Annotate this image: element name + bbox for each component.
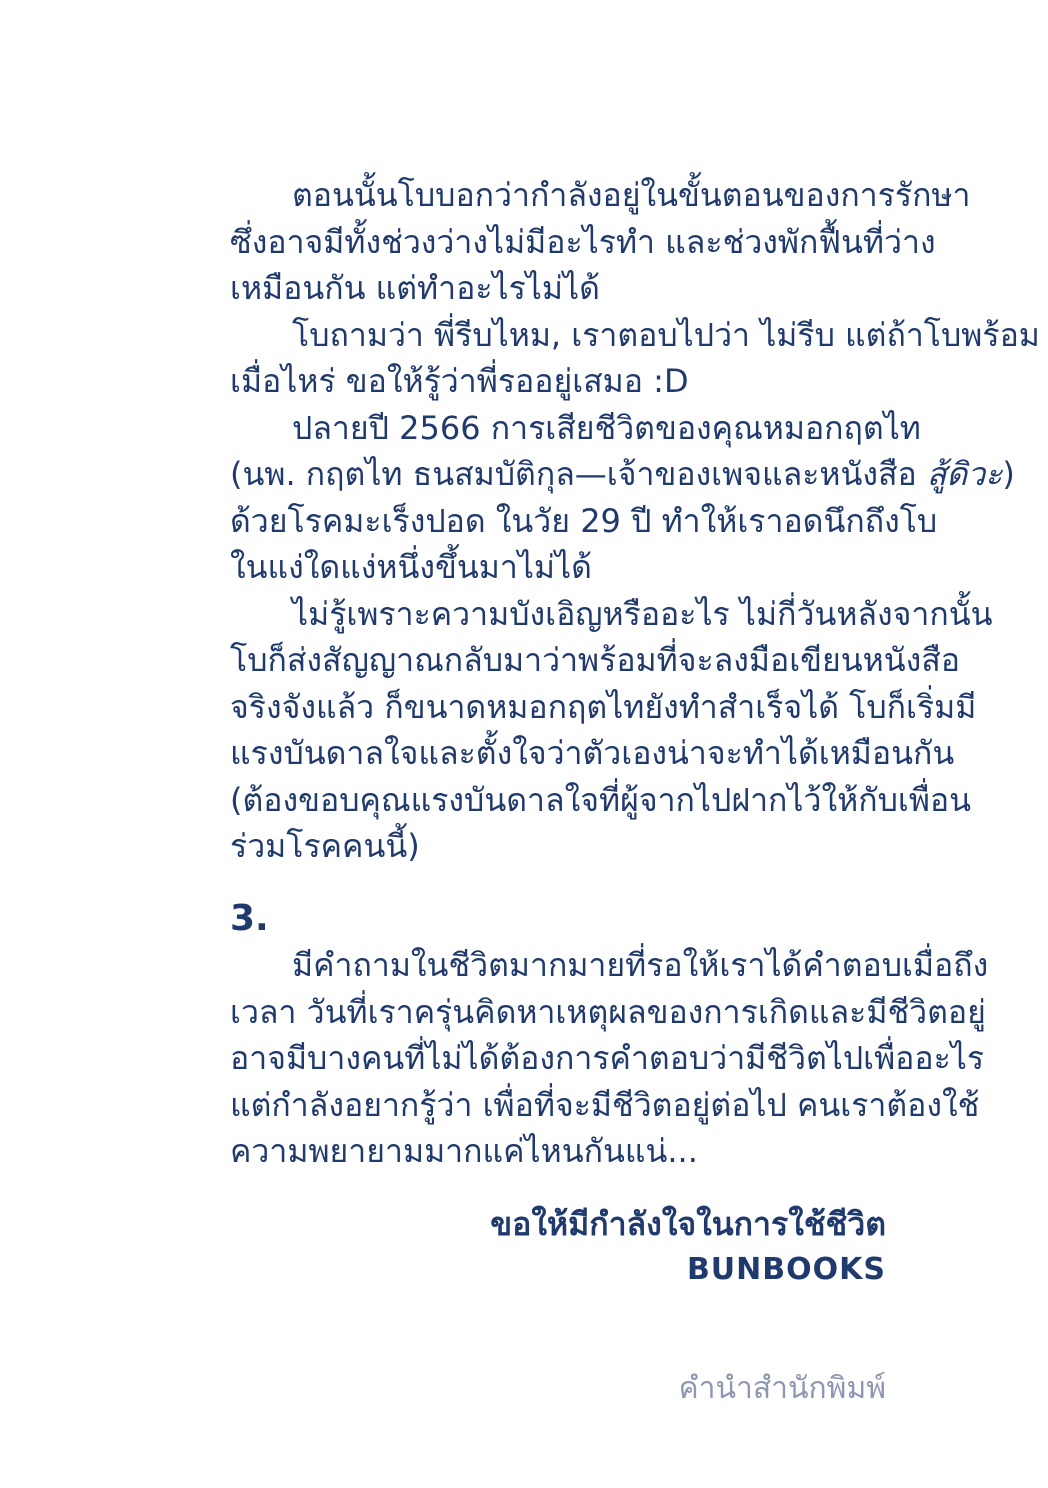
section-number-heading: 3. [230,896,886,943]
closing-wish-line: ขอให้มีกำลังใจในการใช้ชีวิต [230,1201,886,1248]
footer-preface-label: คำนำสำนักพิมพ์ [230,1366,886,1413]
body-line: (นพ. กฤตไท ธนสมบัติกุล—เจ้าของเพจและหนัง… [230,451,886,498]
body-line: ด้วยโรคมะเร็งปอด ในวัย 29 ปี ทำให้เราอดน… [230,498,886,545]
body-line: แต่กำลังอยากรู้ว่า เพื่อที่จะมีชีวิตอยู่… [230,1082,886,1129]
body-line: ซึ่งอาจมีทั้งช่วงว่างไม่มีอะไรทำ และช่วง… [230,219,886,266]
body-line: แรงบันดาลใจและตั้งใจว่าตัวเองน่าจะทำได้เ… [230,730,886,777]
book-title-italic: สู้ดิวะ [927,455,1002,493]
paragraph-4: ไม่รู้เพราะความบังเอิญหรืออะไร ไม่กี่วัน… [230,591,886,870]
paragraph-3: ปลายปี 2566 การเสียชีวิตของคุณหมอกฤตไท (… [230,405,886,591]
body-line: อาจมีบางคนที่ไม่ได้ต้องการคำตอบว่ามีชีวิ… [230,1035,886,1082]
body-line: โบถามว่า พี่รีบไหม, เราตอบไปว่า ไม่รีบ แ… [230,312,886,359]
paragraph-1: ตอนนั้นโบบอกว่ากำลังอยู่ในขั้นตอนของการร… [230,172,886,312]
preface-text-block: ตอนนั้นโบบอกว่ากำลังอยู่ในขั้นตอนของการร… [230,172,886,1412]
body-line: ตอนนั้นโบบอกว่ากำลังอยู่ในขั้นตอนของการร… [230,172,886,219]
body-line: จริงจังแล้ว ก็ขนาดหมอกฤตไทยังทำสำเร็จได้… [230,684,886,731]
publisher-name: BUNBOOKS [230,1247,886,1294]
body-line: เมื่อไหร่ ขอให้รู้ว่าพี่รออยู่เสมอ :D [230,358,886,405]
paragraph-5: มีคำถามในชีวิตมากมายที่รอให้เราได้คำตอบเ… [230,942,886,1175]
body-line-text: ) [1002,455,1014,493]
body-line: ไม่รู้เพราะความบังเอิญหรืออะไร ไม่กี่วัน… [230,591,886,638]
body-line: โบก็ส่งสัญญาณกลับมาว่าพร้อมที่จะลงมือเขี… [230,637,886,684]
closing-block: ขอให้มีกำลังใจในการใช้ชีวิต BUNBOOKS [230,1201,886,1294]
body-line: ในแง่ใดแง่หนึ่งขึ้นมาไม่ได้ [230,544,886,591]
body-line: เหมือนกัน แต่ทำอะไรไม่ได้ [230,265,886,312]
body-line: ร่วมโรคคนนี้) [230,823,886,870]
body-line: ความพยายามมากแค่ไหนกันแน่... [230,1128,886,1175]
body-line: เวลา วันที่เราครุ่นคิดหาเหตุผลของการเกิด… [230,989,886,1036]
body-line-text: (นพ. กฤตไท ธนสมบัติกุล—เจ้าของเพจและหนัง… [230,455,927,493]
body-line: มีคำถามในชีวิตมากมายที่รอให้เราได้คำตอบเ… [230,942,886,989]
paragraph-2: โบถามว่า พี่รีบไหม, เราตอบไปว่า ไม่รีบ แ… [230,312,886,405]
body-line: ปลายปี 2566 การเสียชีวิตของคุณหมอกฤตไท [230,405,886,452]
preface-page: ตอนนั้นโบบอกว่ากำลังอยู่ในขั้นตอนของการร… [0,0,1048,1488]
body-line: (ต้องขอบคุณแรงบันดาลใจที่ผู้จากไปฝากไว้ใ… [230,777,886,824]
